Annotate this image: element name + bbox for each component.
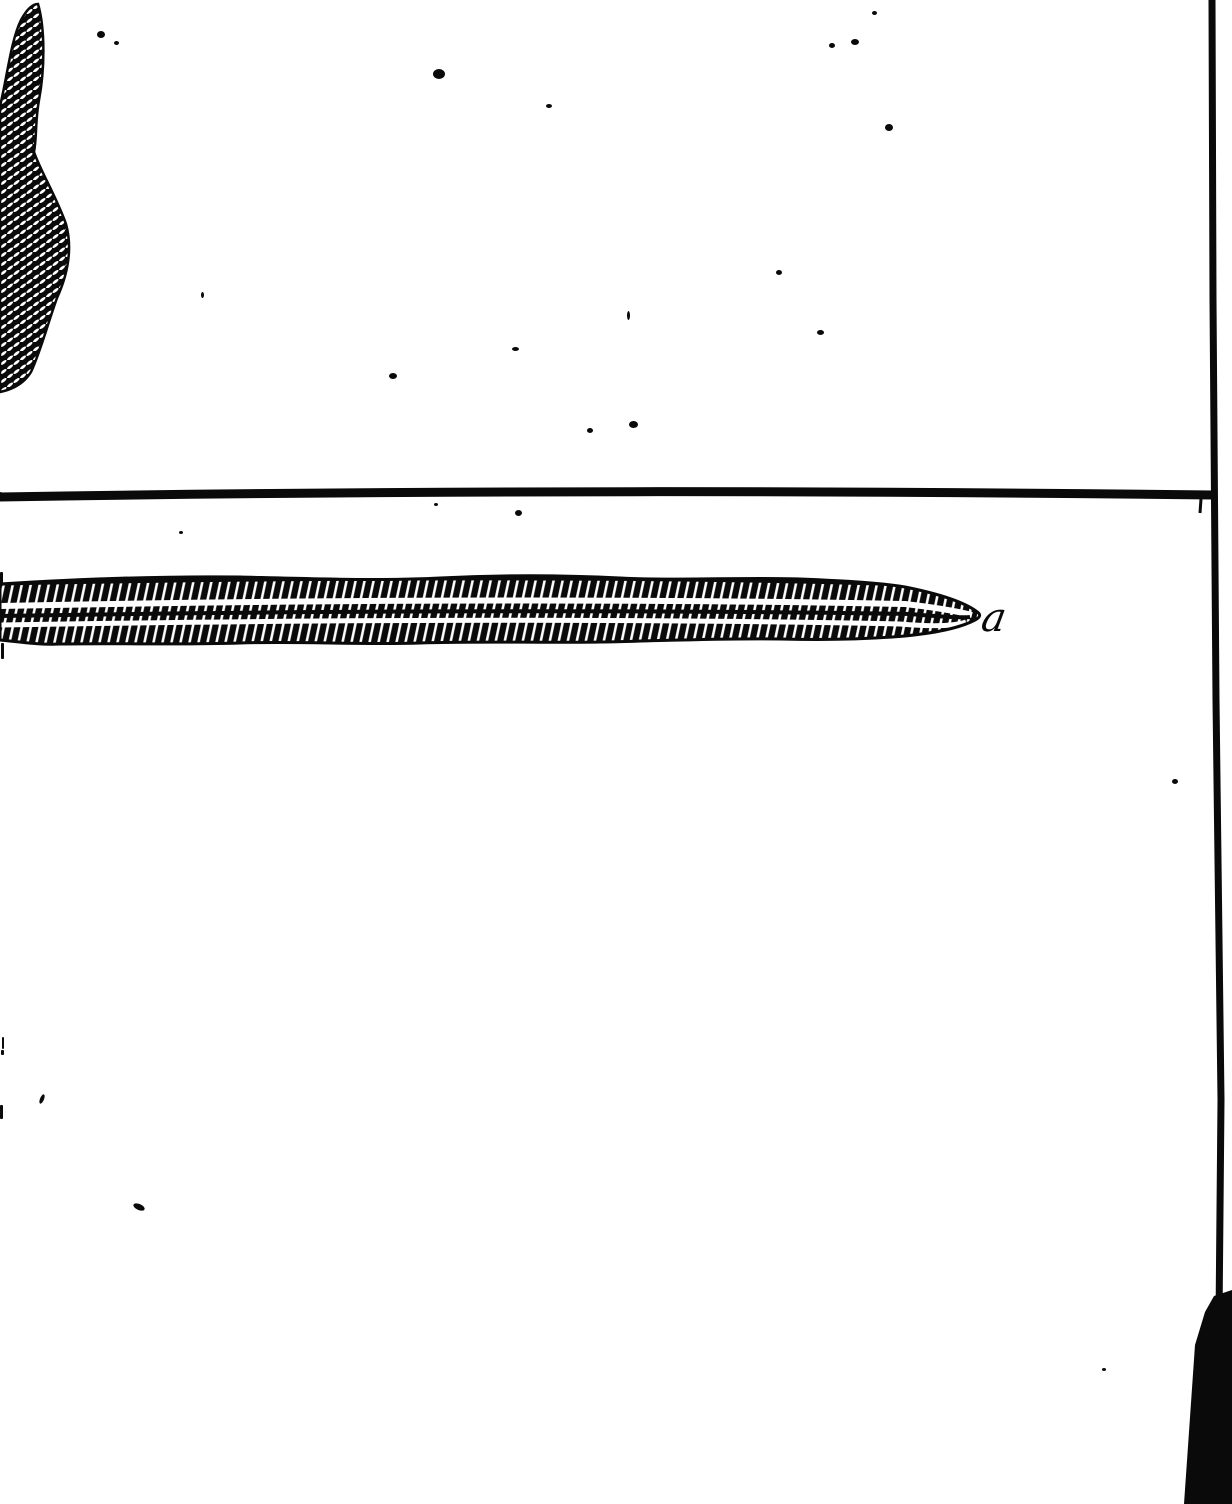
- ink-speck: [829, 43, 835, 48]
- page-edge-mark: [0, 1105, 3, 1119]
- ink-speck: [114, 41, 119, 45]
- ink-speck: [433, 69, 445, 79]
- ink-speck: [515, 510, 522, 516]
- ink-speck: [132, 1202, 145, 1212]
- page-edge-mark: [1, 643, 4, 659]
- ink-speck: [512, 347, 519, 351]
- page-edge-mark: [1, 1050, 4, 1055]
- ink-speck: [872, 11, 877, 15]
- page-edge-mark: [2, 1037, 4, 1049]
- ink-speck: [629, 421, 638, 428]
- ink-speck: [587, 428, 593, 433]
- ink-speck: [851, 39, 859, 45]
- ink-speck: [389, 373, 397, 379]
- ink-speck: [1172, 779, 1178, 784]
- ink-speck: [546, 104, 552, 108]
- scanned-plate-page: a: [0, 0, 1232, 1504]
- page-edge-mark: [0, 572, 3, 586]
- ink-speck: [776, 270, 782, 275]
- ink-speck: [1102, 1368, 1106, 1371]
- ink-speck: [627, 311, 630, 320]
- ink-speck-layer: [0, 0, 1232, 1504]
- ink-speck: [817, 330, 824, 335]
- ink-speck: [97, 31, 105, 38]
- ink-speck: [179, 531, 183, 534]
- ink-speck: [38, 1094, 45, 1105]
- ink-speck: [885, 124, 893, 131]
- ink-speck: [201, 292, 204, 298]
- ink-speck: [434, 503, 438, 506]
